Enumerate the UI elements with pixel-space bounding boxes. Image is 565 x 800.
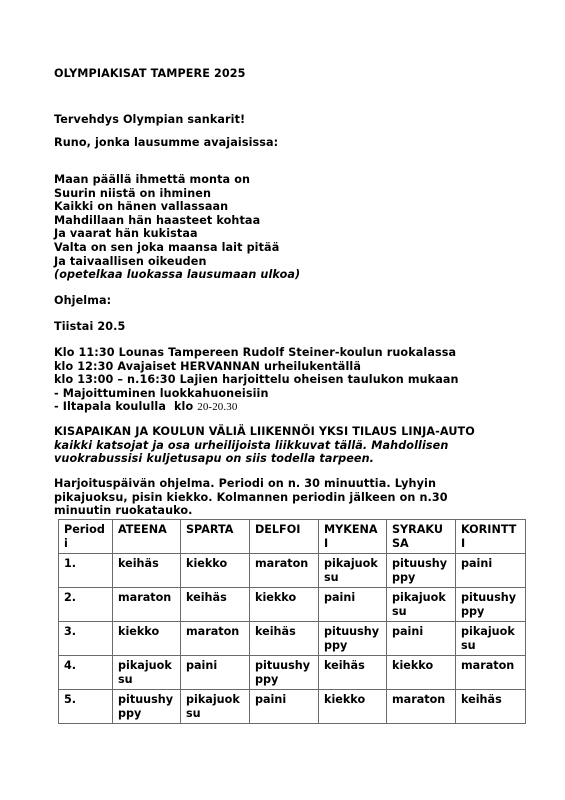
bus-section: KISAPAIKAN JA KOULUN VÄLIÄ LIIKENNÖI YKS… xyxy=(54,425,475,466)
training-line: Harjoituspäivän ohjelma. Periodi on n. 3… xyxy=(54,477,448,491)
header-cell: MYKENAI xyxy=(319,520,387,554)
poem-line: Ja vaarat hän kukistaa xyxy=(54,227,300,241)
table-cell: pituushyppy xyxy=(250,656,319,690)
table-row: 2.maratonkeihäskiekkopainipikajuoksupitu… xyxy=(59,588,526,622)
table-cell: pikajuoksu xyxy=(319,554,387,588)
table-cell: kiekko xyxy=(319,690,387,724)
poem-intro: Runo, jonka lausumme avajaisissa: xyxy=(54,136,278,150)
table-cell: pituushyppy xyxy=(387,554,456,588)
schedule: Klo 11:30 Lounas Tampereen Rudolf Steine… xyxy=(54,346,459,415)
training-text: Harjoituspäivän ohjelma. Periodi on n. 3… xyxy=(54,477,448,518)
poem-line: Maan päällä ihmettä monta on xyxy=(54,173,300,187)
table-cell: pituushyppy xyxy=(456,588,526,622)
table-cell: pikajuoksu xyxy=(113,656,181,690)
table-cell: keihäs xyxy=(181,588,250,622)
table-cell: maraton xyxy=(113,588,181,622)
snack-time: 20-20.30 xyxy=(197,401,237,413)
table-cell: 2. xyxy=(59,588,113,622)
program-label: Ohjelma: xyxy=(54,294,111,308)
poem-note: (opetelkaa luokassa lausumaan ulkoa) xyxy=(54,268,300,282)
header-cell: KORINTTI xyxy=(456,520,526,554)
table-cell: kiekko xyxy=(181,554,250,588)
table-cell: keihäs xyxy=(250,622,319,656)
table-cell: keihäs xyxy=(456,690,526,724)
table-cell: 1. xyxy=(59,554,113,588)
table-row: 5.pituushyppypikajuoksupainikiekkomarato… xyxy=(59,690,526,724)
table-row: 1.keihäskiekkomaratonpikajuoksupituushyp… xyxy=(59,554,526,588)
schedule-item: klo 13:00 – n.16:30 Lajien harjoittelu o… xyxy=(54,373,459,387)
schedule-item: - Iltapala koululla klo 20-20.30 xyxy=(54,400,459,415)
table-cell: paini xyxy=(181,656,250,690)
poem-line: Suurin niistä on ihminen xyxy=(54,187,300,201)
table-cell: paini xyxy=(250,690,319,724)
table-cell: pikajuoksu xyxy=(456,622,526,656)
header-cell: DELFOI xyxy=(250,520,319,554)
table-cell: kiekko xyxy=(250,588,319,622)
poem-line: Ja taivaallisen oikeuden xyxy=(54,255,300,269)
training-line: minuutin ruokatauko. xyxy=(54,504,448,518)
training-schedule-table: Periodi ATEENA SPARTA DELFOI MYKENAI SYR… xyxy=(58,519,526,724)
table-cell: pikajuoksu xyxy=(181,690,250,724)
table-cell: pituushyppy xyxy=(113,690,181,724)
table-row: 3.kiekkomaratonkeihäspituushyppypainipik… xyxy=(59,622,526,656)
poem: Maan päällä ihmettä monta on Suurin niis… xyxy=(54,173,300,282)
greeting: Tervehdys Olympian sankarit! xyxy=(54,113,245,127)
table-cell: kiekko xyxy=(387,656,456,690)
table-cell: maraton xyxy=(456,656,526,690)
snack-label: - Iltapala koululla klo xyxy=(54,400,197,413)
table-cell: 4. xyxy=(59,656,113,690)
table-cell: 3. xyxy=(59,622,113,656)
header-cell: SYRAKUSA xyxy=(387,520,456,554)
table-cell: keihäs xyxy=(113,554,181,588)
table-row: 4.pikajuoksupainipituushyppykeihäskiekko… xyxy=(59,656,526,690)
document-title: OLYMPIAKISAT TAMPERE 2025 xyxy=(54,67,246,81)
table-cell: maraton xyxy=(181,622,250,656)
table-cell: pituushyppy xyxy=(319,622,387,656)
header-cell: ATEENA xyxy=(113,520,181,554)
poem-line: Mahdillaan hän haasteet kohtaa xyxy=(54,214,300,228)
table-cell: 5. xyxy=(59,690,113,724)
poem-line: Valta on sen joka maansa lait pitää xyxy=(54,241,300,255)
bus-heading: KISAPAIKAN JA KOULUN VÄLIÄ LIIKENNÖI YKS… xyxy=(54,425,475,439)
bus-note-line: kaikki katsojat ja osa urheilijoista lii… xyxy=(54,439,475,453)
table-cell: paini xyxy=(387,622,456,656)
bus-note-line: vuokrabussisi kuljetusapu on siis todell… xyxy=(54,452,475,466)
table-cell: keihäs xyxy=(319,656,387,690)
table-cell: paini xyxy=(319,588,387,622)
header-cell: Periodi xyxy=(59,520,113,554)
table-cell: maraton xyxy=(250,554,319,588)
table-header-row: Periodi ATEENA SPARTA DELFOI MYKENAI SYR… xyxy=(59,520,526,554)
day-heading: Tiistai 20.5 xyxy=(54,320,125,334)
schedule-item: Klo 11:30 Lounas Tampereen Rudolf Steine… xyxy=(54,346,459,360)
poem-line: Kaikki on hänen vallassaan xyxy=(54,200,300,214)
training-line: pikajuoksu, pisin kiekko. Kolmannen peri… xyxy=(54,491,448,505)
table-cell: maraton xyxy=(387,690,456,724)
table-cell: kiekko xyxy=(113,622,181,656)
schedule-item: klo 12:30 Avajaiset HERVANNAN urheiluken… xyxy=(54,360,459,374)
header-cell: SPARTA xyxy=(181,520,250,554)
table-cell: paini xyxy=(456,554,526,588)
schedule-item: - Majoittuminen luokkahuoneisiin xyxy=(54,387,459,401)
table-cell: pikajuoksu xyxy=(387,588,456,622)
